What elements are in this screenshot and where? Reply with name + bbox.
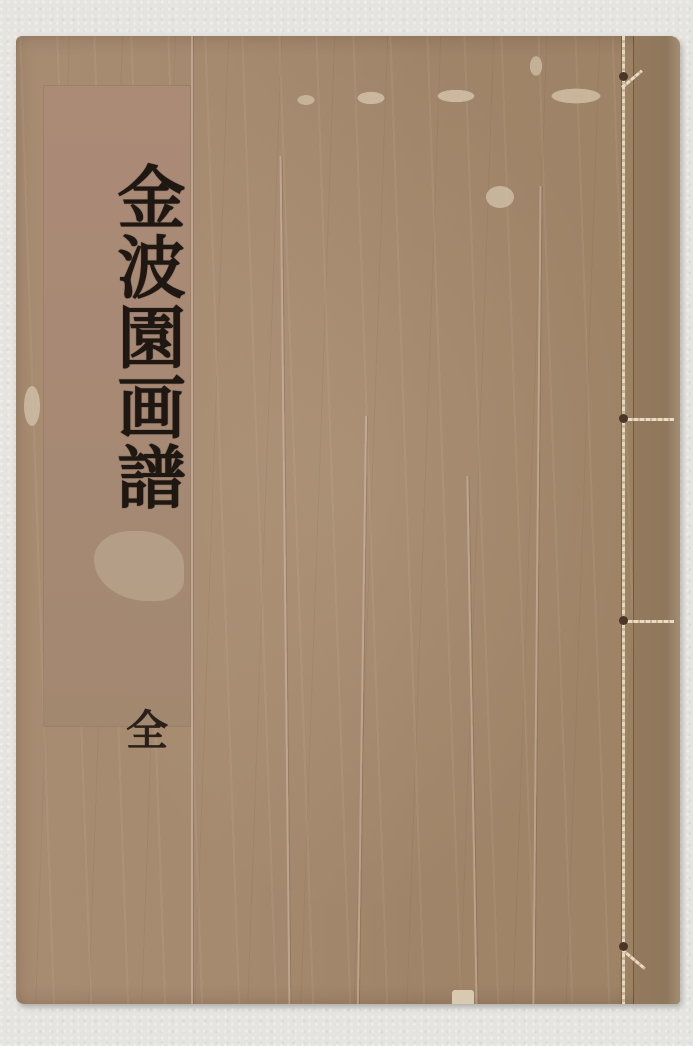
book-cover: 金波園画譜 全 bbox=[16, 36, 680, 1004]
binding-hole bbox=[619, 414, 628, 423]
binding-stitch bbox=[622, 620, 674, 623]
cover-crease bbox=[466, 476, 477, 1004]
cover-crease bbox=[357, 416, 367, 1004]
wear-spot bbox=[486, 186, 514, 208]
binding-fold bbox=[633, 36, 634, 1004]
book-title: 金波園画譜 bbox=[96, 162, 196, 512]
binding-hole bbox=[619, 942, 628, 951]
binding-stitch bbox=[622, 418, 674, 421]
binding-flap bbox=[634, 36, 680, 1004]
title-slip: 金波園画譜 全 bbox=[44, 86, 190, 726]
volume-mark: 全 bbox=[126, 698, 168, 758]
wear-spot bbox=[24, 386, 40, 426]
torn-corner bbox=[452, 990, 474, 1004]
cover-crease bbox=[532, 186, 541, 1004]
binding-hole bbox=[619, 616, 628, 625]
cover-crease bbox=[280, 156, 291, 1004]
binding-hole bbox=[619, 72, 628, 81]
binding-thread bbox=[622, 36, 625, 1004]
